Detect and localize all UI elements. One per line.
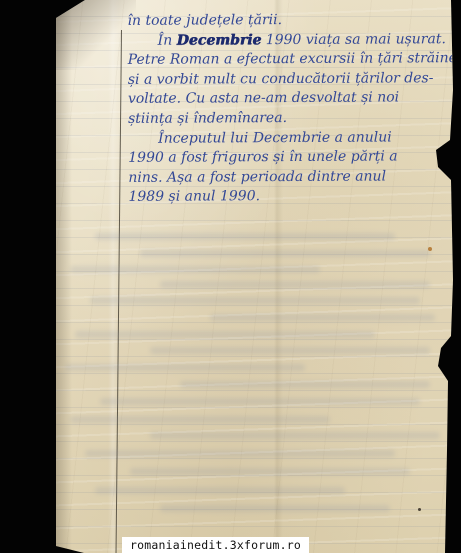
bleed-smudge <box>130 468 410 475</box>
overwritten-word: Decembrie <box>177 32 262 48</box>
bleed-smudge <box>95 487 345 494</box>
dark-speck <box>418 508 421 511</box>
handwritten-line: Petre Roman a efectuat excursii în țări … <box>128 49 459 70</box>
bleed-smudge <box>75 331 375 338</box>
line-segment: 1990 viața sa mai ușurat. <box>261 31 446 48</box>
bleed-smudge <box>160 281 430 288</box>
bleed-smudge <box>90 297 420 304</box>
bleed-smudge <box>95 233 395 240</box>
bleed-smudge <box>100 398 420 405</box>
bleed-smudge <box>160 505 390 512</box>
bleed-smudge <box>85 450 395 457</box>
handwritten-line: și a vorbit mult cu conducătorii țărilor… <box>128 69 459 90</box>
watermark: romaniainedit.3xforum.ro <box>122 537 309 553</box>
handwritten-line: 1990 a fost friguros și în unele părți a <box>128 147 459 168</box>
handwritten-line: voltate. Cu asta ne-am desvoltat și noi <box>128 89 459 110</box>
bleed-smudge <box>70 266 320 273</box>
handwritten-line: știința și îndemînarea. <box>128 108 459 129</box>
scanned-page: în toate județele țării. În Decembrie 19… <box>0 0 461 553</box>
handwritten-line: nins. Așa a fost perioada dintre anul <box>128 167 459 188</box>
bleed-smudge <box>180 381 430 388</box>
bleed-smudge <box>140 250 430 257</box>
line-segment: În <box>158 32 177 48</box>
handwritten-line: 1989 și anul 1990. <box>128 186 459 207</box>
bleed-smudge <box>210 314 435 321</box>
paper-sheet: în toate județele țării. În Decembrie 19… <box>0 0 461 553</box>
left-edge-shadow <box>56 0 72 553</box>
handwritten-line: Începutul lui Decembrie a anului <box>128 128 459 149</box>
bleed-smudge <box>70 416 330 423</box>
handwritten-line: în toate județele țării. <box>127 10 458 31</box>
watermark-text: romaniainedit.3xforum.ro <box>130 538 301 552</box>
handwritten-line: În Decembrie 1990 viața sa mai ușurat. <box>128 30 459 51</box>
bleed-smudge <box>65 364 305 371</box>
folded-corner-shadow <box>56 0 136 70</box>
bleed-smudge <box>150 347 430 354</box>
rust-stain <box>428 247 432 251</box>
bleed-smudge <box>150 432 440 439</box>
handwritten-text-block: în toate județele țării. În Decembrie 19… <box>127 10 459 208</box>
